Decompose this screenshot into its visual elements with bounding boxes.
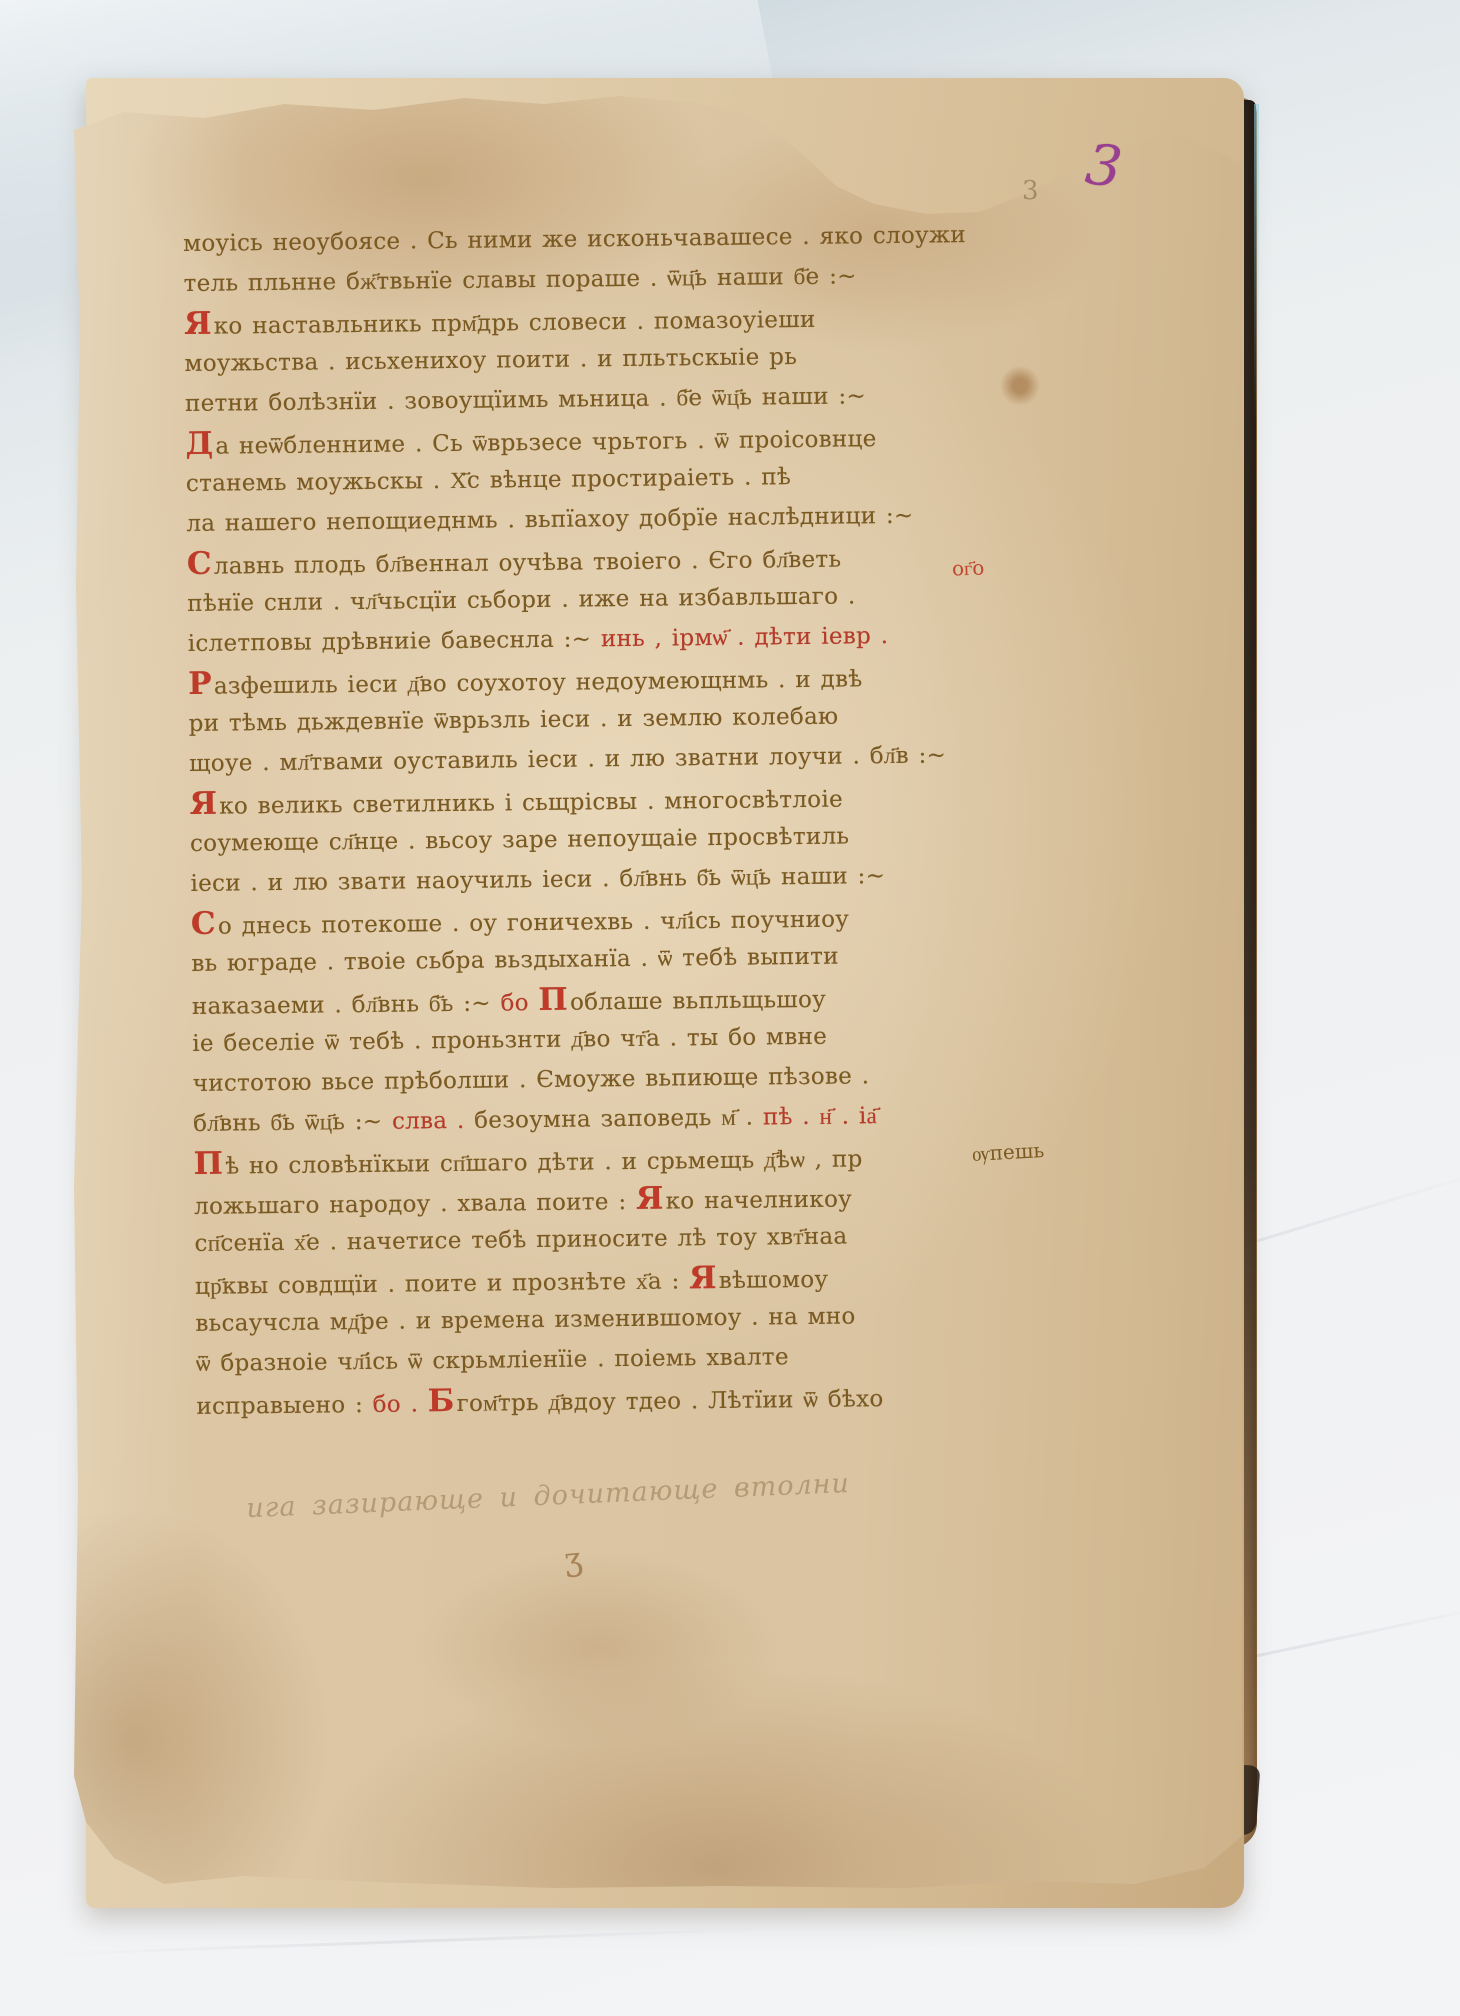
rubric-text: С [191,906,216,942]
ink-text: вь юграде . твоіе сьбра вьздыханїа . ѿ т… [191,944,839,977]
rubric-text: инь , ірмѡ҃ . дѣти іевр . [601,623,889,652]
ink-text: сп҃сенїа х҃е . начетисе тебѣ приносите л… [194,1224,847,1257]
ink-text: ко наставльникь прм҃дрь словеси . помазо… [214,307,816,340]
ink-text: соумеюще сл҃нце . вьсоу заре непоущаіе п… [190,823,850,856]
ink-text: іе беселіе ѿ тебѣ . проньзнти д҃во чт҃а … [192,1024,827,1057]
ink-text: пѣнїе снли . чл҃чьсцїи сьбори . иже на и… [187,583,856,617]
ink-text: вѣшомоу [719,1267,829,1294]
ink-text: наказаеми . бл҃внь б҃ь :~ [192,990,501,1019]
rubric-text: бо [500,990,538,1016]
ink-text: ѿ бразноіе чл҃ісь ѿ скрьмліенїіе . поіем… [196,1344,789,1377]
rubric-text: Б [428,1383,455,1419]
rubric-text: П [193,1146,223,1182]
folio-number: 3 [1082,132,1125,201]
ink-text: ѣ но словѣнїкыи сп҃шаго дѣти . и срьмещь… [225,1146,863,1179]
ink-text: исправыено : [196,1392,373,1420]
ink-text: безоумна заповедь м҃ . [474,1104,763,1133]
ink-text: цр҃квы совдщїи . поите и прознѣте х҃а : [195,1268,689,1300]
margin-gloss-brown: ѹпешь [971,1138,1044,1167]
ink-text: іеси . и лю звати наоучиль іеси . бл҃внь… [190,863,885,897]
rubric-text: Д [185,426,213,462]
folio-number-faint: 3 [1022,176,1039,206]
rubric-text: Р [188,666,212,702]
ink-text: чистотою вьсе прѣболши . Ємоуже вьпиюще … [193,1063,870,1097]
ink-text: ко великь светилникь і сьщрісвы . многос… [219,787,843,820]
ink-text: ко начелникоу [666,1186,853,1214]
ink-text: іслетповы дрѣвниіе бавеснла :~ [188,626,601,657]
ink-text: тель пльнне бж҃твьнїе славы пораше . ѿц҃… [184,263,857,297]
ink-text: азфешиль іеси д҃во соухотоу недоумеющнмь… [214,666,863,699]
ink-text: станемь моужьскы . Х҃с вѣнце простираіет… [186,464,791,497]
ink-text: моуісь неоубоясе . Сь ними же исконьчава… [183,222,966,257]
ink-text: моужьства . исьхенихоу поити . и пльтьск… [184,344,797,377]
margin-gloss-red: ог҃о [952,555,985,581]
rubric-text: слва . [392,1108,474,1135]
text-block: моуісь неоубоясе . Сь ними же исконьчава… [183,215,1007,1424]
ink-text: гом҃трь д҃вдоу тдео . Лѣтїии ѿ бѣхо [456,1386,883,1417]
ink-text: а неѿбленниме . Сь ѿврьзесе чрьтогь . ѿ … [215,426,877,459]
rubric-text: П [538,982,568,1018]
ink-text: ложьшаго народоу . хвала поите : [194,1189,636,1220]
scribal-flourish: ʒ [562,1539,584,1579]
rubric-text: Я [184,306,212,342]
ink-text: о днесь потекоше . оу гоничехвь . чл҃ісь… [218,906,849,939]
ink-text: облаше вьпльщьшоу [570,987,826,1016]
book-cover-glint [1254,104,1259,424]
ink-text: вьсаучсла мд҃ре . и времена изменившомоу… [195,1303,855,1336]
ink-text: щоуе . мл҃твами оуставиль іеси . и лю зв… [189,742,946,777]
ink-text: петни болѣзнїи . зовоущїимь мьница . б҃е… [185,383,866,417]
rubric-text: Я [636,1181,664,1217]
rubric-text: пѣ . н҃ . іа҃ [763,1103,878,1130]
ink-text: бл҃внь б҃ь ѿц҃ь :~ [193,1109,392,1137]
rubric-text: Я [689,1260,717,1296]
ink-text: ла нашего непощиеднмь . вьпїахоу добрїе … [186,503,913,537]
rubric-text: Я [189,786,217,822]
ink-text: лавнь плодь бл҃веннал оучѣва твоіего . Є… [214,547,842,580]
ink-text: ри тѣмь дьждевнїе ѿврьзль іеси . и землю… [189,704,839,737]
rubric-text: бо . [373,1391,428,1418]
rubric-text: С [187,546,212,582]
